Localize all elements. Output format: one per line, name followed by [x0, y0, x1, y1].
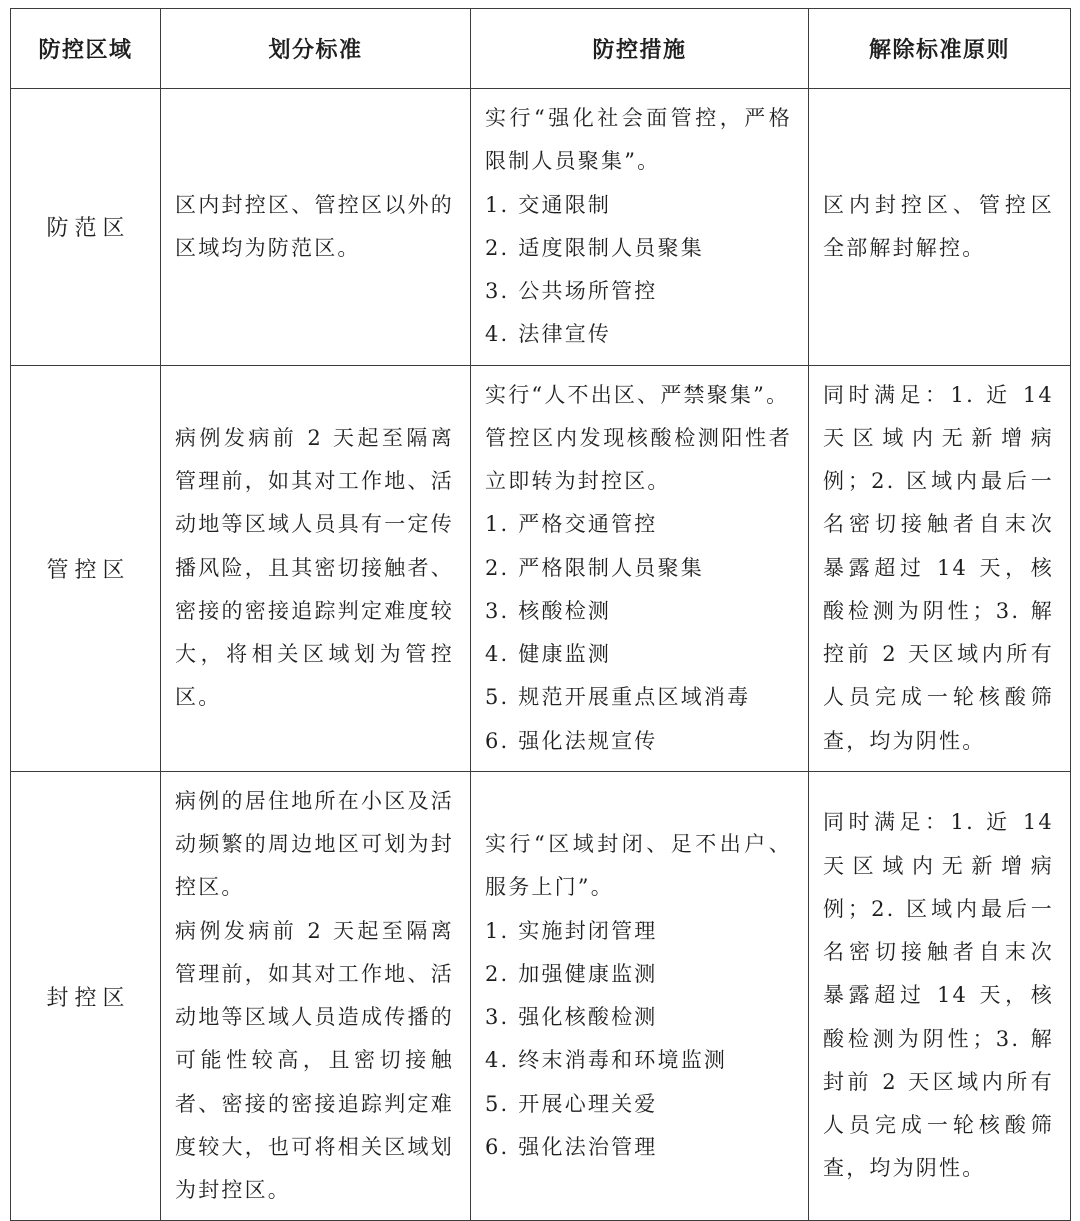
release-cell: 同时满足：1. 近 14 天区域内无新增病例；2. 区域内最后一名密切接触者自末…	[809, 365, 1071, 771]
criteria-paragraph: 病例的居住地所在小区及活动频繁的周边地区可划为封控区。	[175, 780, 454, 910]
table-row-fengkongqu: 封控区 病例的居住地所在小区及活动频繁的周边地区可划为封控区。 病例发病前 2 …	[11, 771, 1071, 1221]
measure-item: 2. 适度限制人员聚集	[485, 227, 792, 270]
measure-item: 3. 核酸检测	[485, 590, 792, 633]
header-criteria: 划分标准	[161, 9, 471, 89]
measure-item: 4. 法律宣传	[485, 313, 792, 356]
measure-item: 1. 实施封闭管理	[485, 910, 792, 953]
measures-intro: 实行“区域封闭、足不出户、服务上门”。	[485, 823, 792, 910]
measure-item: 2. 严格限制人员聚集	[485, 547, 792, 590]
header-zone: 防控区域	[11, 9, 161, 89]
measure-item: 5. 开展心理关爱	[485, 1083, 792, 1126]
measure-item: 5. 规范开展重点区域消毒	[485, 676, 792, 719]
table-row-fangfanqu: 防范区 区内封控区、管控区以外的区域均为防范区。 实行“强化社会面管控，严格限制…	[11, 89, 1071, 366]
criteria-cell: 区内封控区、管控区以外的区域均为防范区。	[161, 89, 471, 366]
measure-item: 4. 健康监测	[485, 633, 792, 676]
table-row-guankongqu: 管控区 病例发病前 2 天起至隔离管理前，如其对工作地、活动地等区域人员具有一定…	[11, 365, 1071, 771]
measure-item: 6. 强化法治管理	[485, 1126, 792, 1169]
measure-item: 3. 强化核酸检测	[485, 996, 792, 1039]
prevention-zone-table: 防控区域 划分标准 防控措施 解除标准原则 防范区 区内封控区、管控区以外的区域…	[10, 8, 1071, 1221]
release-paragraph: 同时满足：1. 近 14 天区域内无新增病例；2. 区域内最后一名密切接触者自末…	[823, 374, 1054, 763]
header-measures: 防控措施	[471, 9, 809, 89]
measure-item: 2. 加强健康监测	[485, 953, 792, 996]
measures-cell: 实行“强化社会面管控，严格限制人员聚集”。 1. 交通限制 2. 适度限制人员聚…	[471, 89, 809, 366]
zone-name: 管控区	[11, 365, 161, 771]
measures-intro: 实行“人不出区、严禁聚集”。	[485, 374, 792, 417]
criteria-paragraph: 病例发病前 2 天起至隔离管理前，如其对工作地、活动地等区域人员具有一定传播风险…	[175, 417, 454, 720]
criteria-paragraph: 病例发病前 2 天起至隔离管理前，如其对工作地、活动地等区域人员造成传播的可能性…	[175, 910, 454, 1213]
release-cell: 区内封控区、管控区全部解封解控。	[809, 89, 1071, 366]
measures-cell: 实行“人不出区、严禁聚集”。 管控区内发现核酸检测阳性者立即转为封控区。 1. …	[471, 365, 809, 771]
measures-intro: 管控区内发现核酸检测阳性者立即转为封控区。	[485, 417, 792, 504]
zone-name: 封控区	[11, 771, 161, 1221]
measure-item: 4. 终末消毒和环境监测	[485, 1039, 792, 1082]
measures-cell: 实行“区域封闭、足不出户、服务上门”。 1. 实施封闭管理 2. 加强健康监测 …	[471, 771, 809, 1221]
measure-item: 1. 严格交通管控	[485, 503, 792, 546]
zone-name: 防范区	[11, 89, 161, 366]
criteria-cell: 病例发病前 2 天起至隔离管理前，如其对工作地、活动地等区域人员具有一定传播风险…	[161, 365, 471, 771]
measure-item: 3. 公共场所管控	[485, 270, 792, 313]
release-paragraph: 同时满足：1. 近 14 天区域内无新增病例；2. 区域内最后一名密切接触者自末…	[823, 801, 1054, 1190]
criteria-cell: 病例的居住地所在小区及活动频繁的周边地区可划为封控区。 病例发病前 2 天起至隔…	[161, 771, 471, 1221]
release-cell: 同时满足：1. 近 14 天区域内无新增病例；2. 区域内最后一名密切接触者自末…	[809, 771, 1071, 1221]
measures-intro: 实行“强化社会面管控，严格限制人员聚集”。	[485, 97, 792, 184]
covid-zone-table-page: 防控区域 划分标准 防控措施 解除标准原则 防范区 区内封控区、管控区以外的区域…	[0, 0, 1080, 1176]
release-paragraph: 区内封控区、管控区全部解封解控。	[823, 184, 1054, 271]
measure-item: 1. 交通限制	[485, 184, 792, 227]
measure-item: 6. 强化法规宣传	[485, 720, 792, 763]
header-row: 防控区域 划分标准 防控措施 解除标准原则	[11, 9, 1071, 89]
header-release: 解除标准原则	[809, 9, 1071, 89]
criteria-paragraph: 区内封控区、管控区以外的区域均为防范区。	[175, 184, 454, 271]
